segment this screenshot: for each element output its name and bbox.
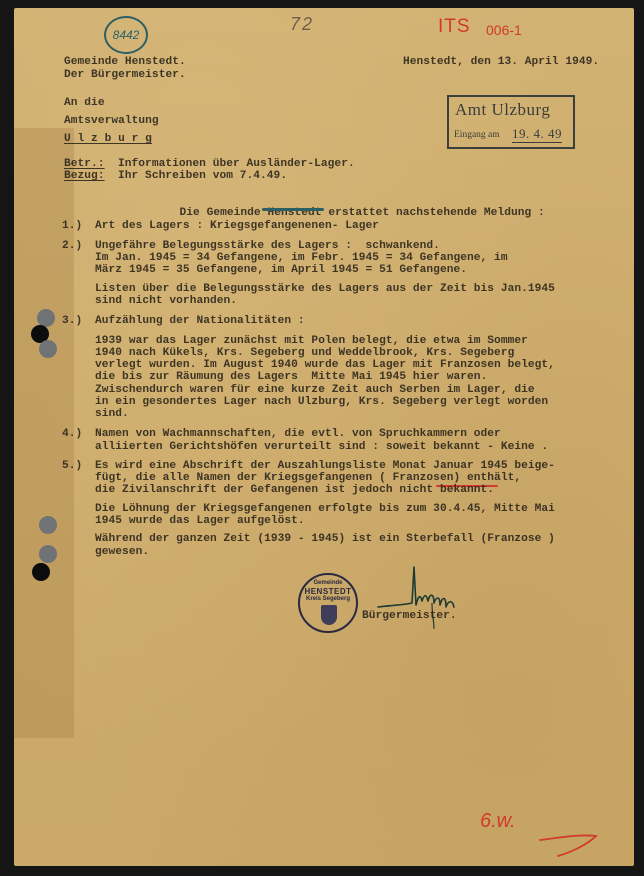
place-date: Henstedt, den 13. April 1949. xyxy=(403,56,599,69)
blue-circled-archive-number: 8442 xyxy=(104,16,148,54)
its-number: 006-1 xyxy=(486,22,522,38)
sender-line-2: Der Bürgermeister. xyxy=(64,69,186,82)
punch-hole xyxy=(39,340,57,358)
item-2-line: März 1945 = 35 Gefangene, im April 1945 … xyxy=(95,264,467,277)
intro-after: erstattet nachstehende Meldung : xyxy=(322,207,545,219)
bezug-text: Ihr Schreiben vom 7.4.49. xyxy=(118,170,287,183)
item-5-paragraph-line: 1945 wurde das Lager aufgelöst. xyxy=(95,515,305,528)
item-5-number: 5.) xyxy=(62,460,82,473)
signature-title: Bürgermeister. xyxy=(362,610,457,623)
item-5-line: die Zivilanschrift der Gefangenen ist je… xyxy=(95,484,494,497)
recipient-line-2: Amtsverwaltung xyxy=(64,115,159,128)
item-5-paragraph-line: gewesen. xyxy=(95,546,149,559)
item-1-number: 1.) xyxy=(62,220,82,233)
item-4-line: alliierten Gerichtshöfen verurteilt sind… xyxy=(95,441,548,454)
red-pencil-arrow-mark xyxy=(538,830,602,860)
recipient-line-3: U l z b u r g xyxy=(64,133,152,146)
item-2-number: 2.) xyxy=(62,240,82,253)
item-4-number: 4.) xyxy=(62,428,82,441)
seal-line-2: HENSTEDT xyxy=(300,587,356,596)
item-2-paragraph-line: sind nicht vorhanden. xyxy=(95,295,237,308)
intro-line: Die Gemeinde Henstedt erstattet nachsteh… xyxy=(166,194,545,220)
receipt-stamp-date: 19. 4. 49 xyxy=(512,126,562,143)
recipient-line-1: An die xyxy=(64,97,105,110)
receipt-stamp: Amt Ulzburg Eingang am 19. 4. 49 xyxy=(447,95,575,149)
item-3-paragraph-line: die bis zur Räumung des Lagers Mitte Mai… xyxy=(95,371,487,384)
item-3-paragraph-line: in ein gesondertes Lager nach Ulzburg, K… xyxy=(95,396,548,409)
punch-hole xyxy=(39,545,57,563)
receipt-stamp-title: Amt Ulzburg xyxy=(455,100,550,120)
sender-line-1: Gemeinde Henstedt. xyxy=(64,56,186,69)
item-3-line: Aufzählung der Nationalitäten : xyxy=(95,315,305,328)
item-3-paragraph-line: sind. xyxy=(95,408,129,421)
blue-ink-underline xyxy=(262,208,324,211)
bottom-initials: 6.w. xyxy=(480,810,516,833)
intro-before: Die Gemeinde xyxy=(180,207,268,219)
pencil-page-number: 72 xyxy=(290,14,314,35)
blue-circled-number-text: 8442 xyxy=(113,28,140,42)
municipal-seal: Gemeinde HENSTEDT Kreis Segeberg xyxy=(298,573,358,633)
item-4-line: Namen von Wachmannschaften, die evtl. vo… xyxy=(95,428,501,441)
coat-of-arms-icon xyxy=(321,605,337,625)
item-5-paragraph-line: Während der ganzen Zeit (1939 - 1945) is… xyxy=(95,533,555,546)
seal-line-3: Kreis Segeberg xyxy=(300,596,356,602)
punch-hole xyxy=(39,516,57,534)
seal-line-1: Gemeinde xyxy=(300,580,356,586)
punch-hole xyxy=(32,563,50,581)
receipt-stamp-label: Eingang am xyxy=(454,130,500,140)
bezug-label: Bezug: xyxy=(64,170,105,183)
its-label: ITS xyxy=(438,16,471,38)
item-3-number: 3.) xyxy=(62,315,82,328)
item-1-line: Art des Lagers : Kriegsgefangenenen- Lag… xyxy=(95,220,379,233)
